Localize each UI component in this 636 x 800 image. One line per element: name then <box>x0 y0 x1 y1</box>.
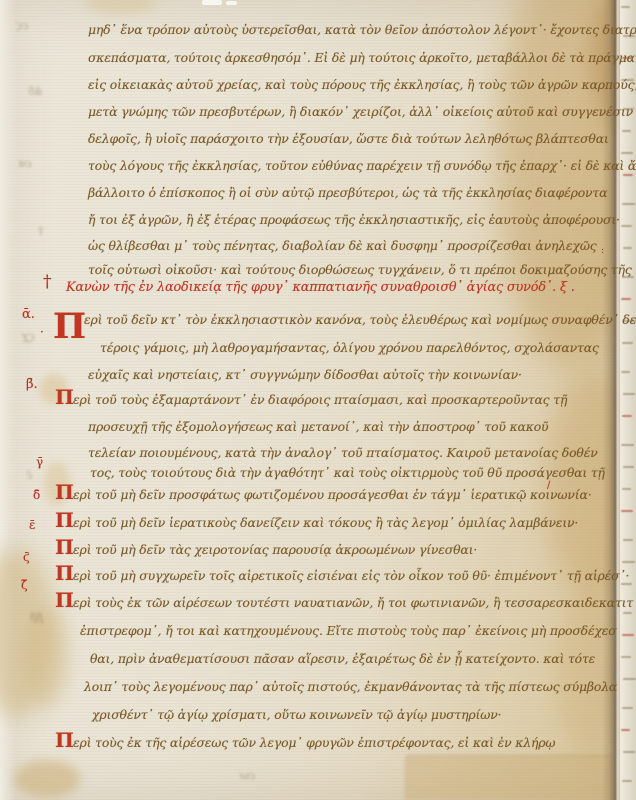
line-end-dots: : <box>601 247 604 256</box>
insertion-mark: ∕ <box>547 481 550 491</box>
canon-number-2: β̄. <box>26 378 38 391</box>
canon-number-7: ζ̄ <box>21 579 28 591</box>
margin-marks-layer: †ᾱ.β̄.γ̄δ̄ε̄ϛ̄ζ̄·:∕ <box>0 0 636 800</box>
canon-number-1: ᾱ. <box>22 308 35 321</box>
canon-number-5: ε̄ <box>29 519 35 531</box>
rubric-cross-icon: † <box>43 274 52 291</box>
canon-number-3: γ̄ <box>36 456 43 468</box>
canon-number-6: ϛ̄ <box>23 551 30 563</box>
margin-dot: · <box>40 326 44 338</box>
canon-number-4: δ̄ <box>33 489 40 501</box>
manuscript-photo: ϲϛᾱδϲατ̄ϛχϲ̄ββϲω μηδ᾽ ἕνα τρόπον αὐτοὺς … <box>0 0 636 800</box>
